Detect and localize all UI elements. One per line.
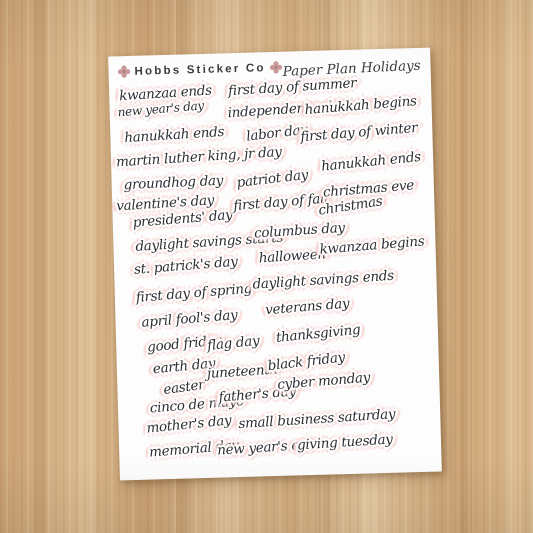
holiday-sticker: kwanzaa begins — [319, 233, 425, 257]
holiday-sticker: first day of fall — [233, 191, 329, 215]
holiday-sticker: cyber monday — [277, 370, 371, 393]
holiday-sticker: labor day — [246, 122, 309, 145]
sticker-sheet: Hobbs Sticker Co Paper Plan Holidays kwa… — [108, 48, 442, 481]
flower-icon-left — [117, 65, 130, 78]
holiday-sticker: mother's day — [146, 412, 232, 436]
holiday-sticker: halloween — [258, 246, 326, 266]
holiday-sticker: april fool's day — [141, 307, 238, 331]
brand-name: Hobbs Sticker Co — [134, 62, 265, 78]
flower-icon-right — [269, 61, 282, 74]
wood-surface: Hobbs Sticker Co Paper Plan Holidays kwa… — [0, 0, 533, 533]
holiday-sticker: patriot day — [236, 167, 309, 191]
holiday-sticker: martin luther king, jr day — [116, 144, 282, 170]
holiday-sticker: columbus day — [254, 220, 346, 242]
holiday-sticker: veterans day — [265, 296, 350, 319]
brand-header: Hobbs Sticker Co — [117, 61, 282, 79]
holiday-sticker: st. patrick's day — [133, 254, 238, 278]
holiday-sticker: giving tuesday — [297, 431, 394, 453]
holiday-sticker: hanukkah ends — [124, 124, 225, 146]
holiday-sticker: small business saturday — [238, 406, 396, 432]
holiday-sticker: black friday — [267, 349, 346, 374]
holiday-sticker: daylight savings ends — [252, 268, 394, 293]
holiday-sticker: groundhog day — [123, 173, 223, 193]
sheet-header: Hobbs Sticker Co Paper Plan Holidays — [108, 48, 431, 84]
holiday-sticker: hanukkah begins — [304, 93, 417, 118]
holiday-sticker: first day of spring — [135, 281, 252, 306]
holiday-sticker: first day of winter — [300, 120, 418, 145]
holiday-sticker: hanukkah ends — [321, 149, 422, 175]
holiday-sticker: thanksgiving — [275, 322, 361, 346]
holiday-sticker: easter — [162, 377, 205, 398]
